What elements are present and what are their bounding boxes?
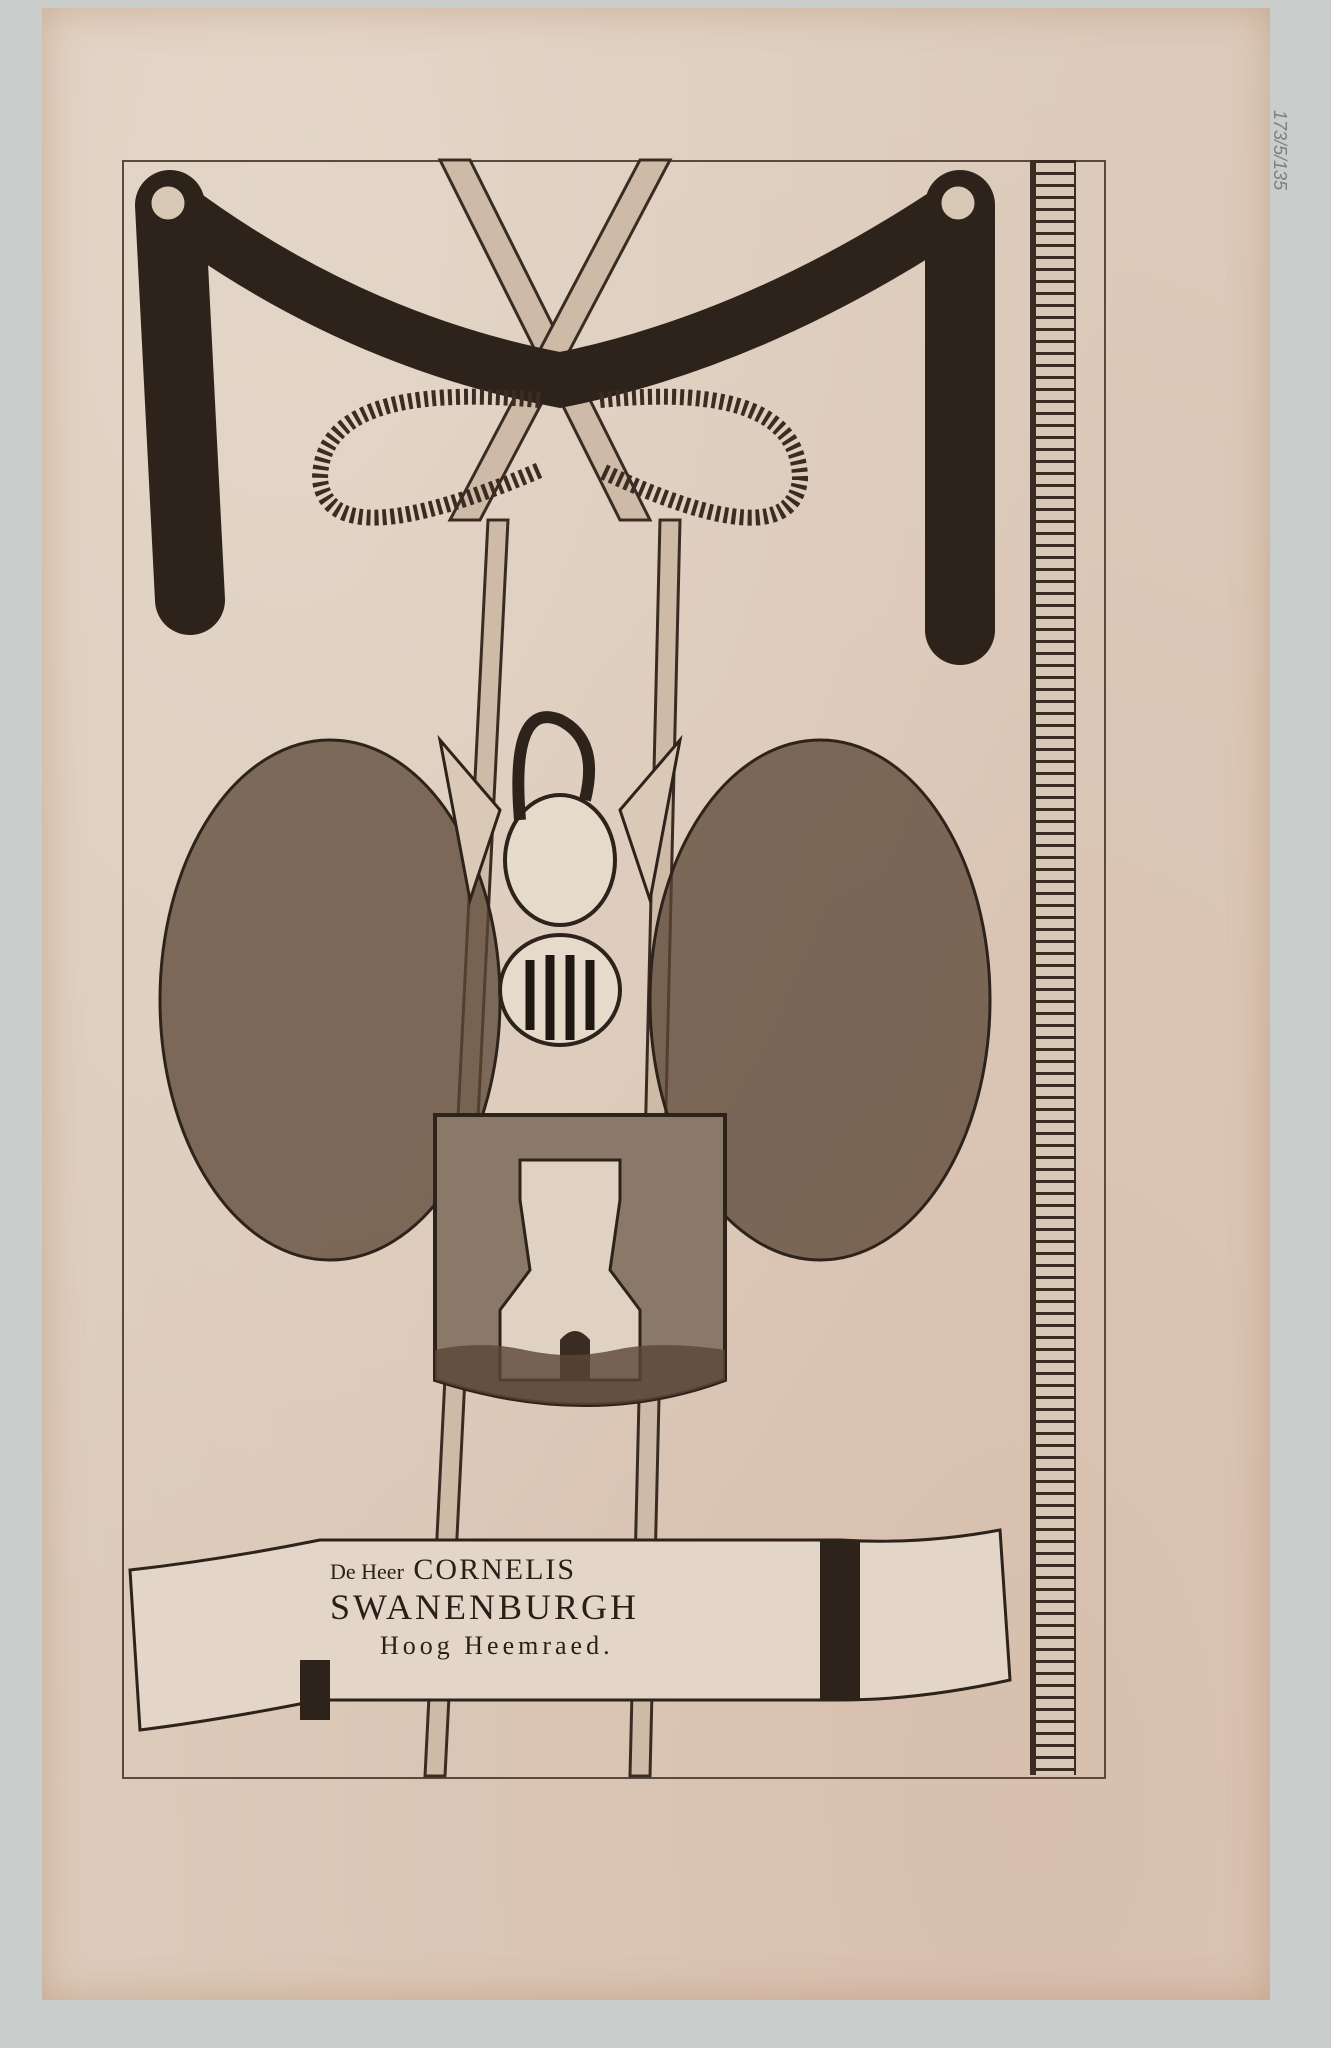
first-name: CORNELIS (413, 1553, 576, 1586)
shield-tower-in-water (435, 1115, 725, 1405)
title-prefix: De Heer (330, 1559, 404, 1584)
engraving-artwork (0, 0, 1331, 2048)
striped-helmet (500, 935, 620, 1045)
fruit-garland (170, 205, 960, 380)
banner-inscription: De Heer CORNELIS SWANENBURGH Hoog Heemra… (330, 1555, 830, 1659)
surname: SWANENBURGH (330, 1589, 830, 1625)
office-title: Hoog Heemraed. (380, 1633, 830, 1659)
